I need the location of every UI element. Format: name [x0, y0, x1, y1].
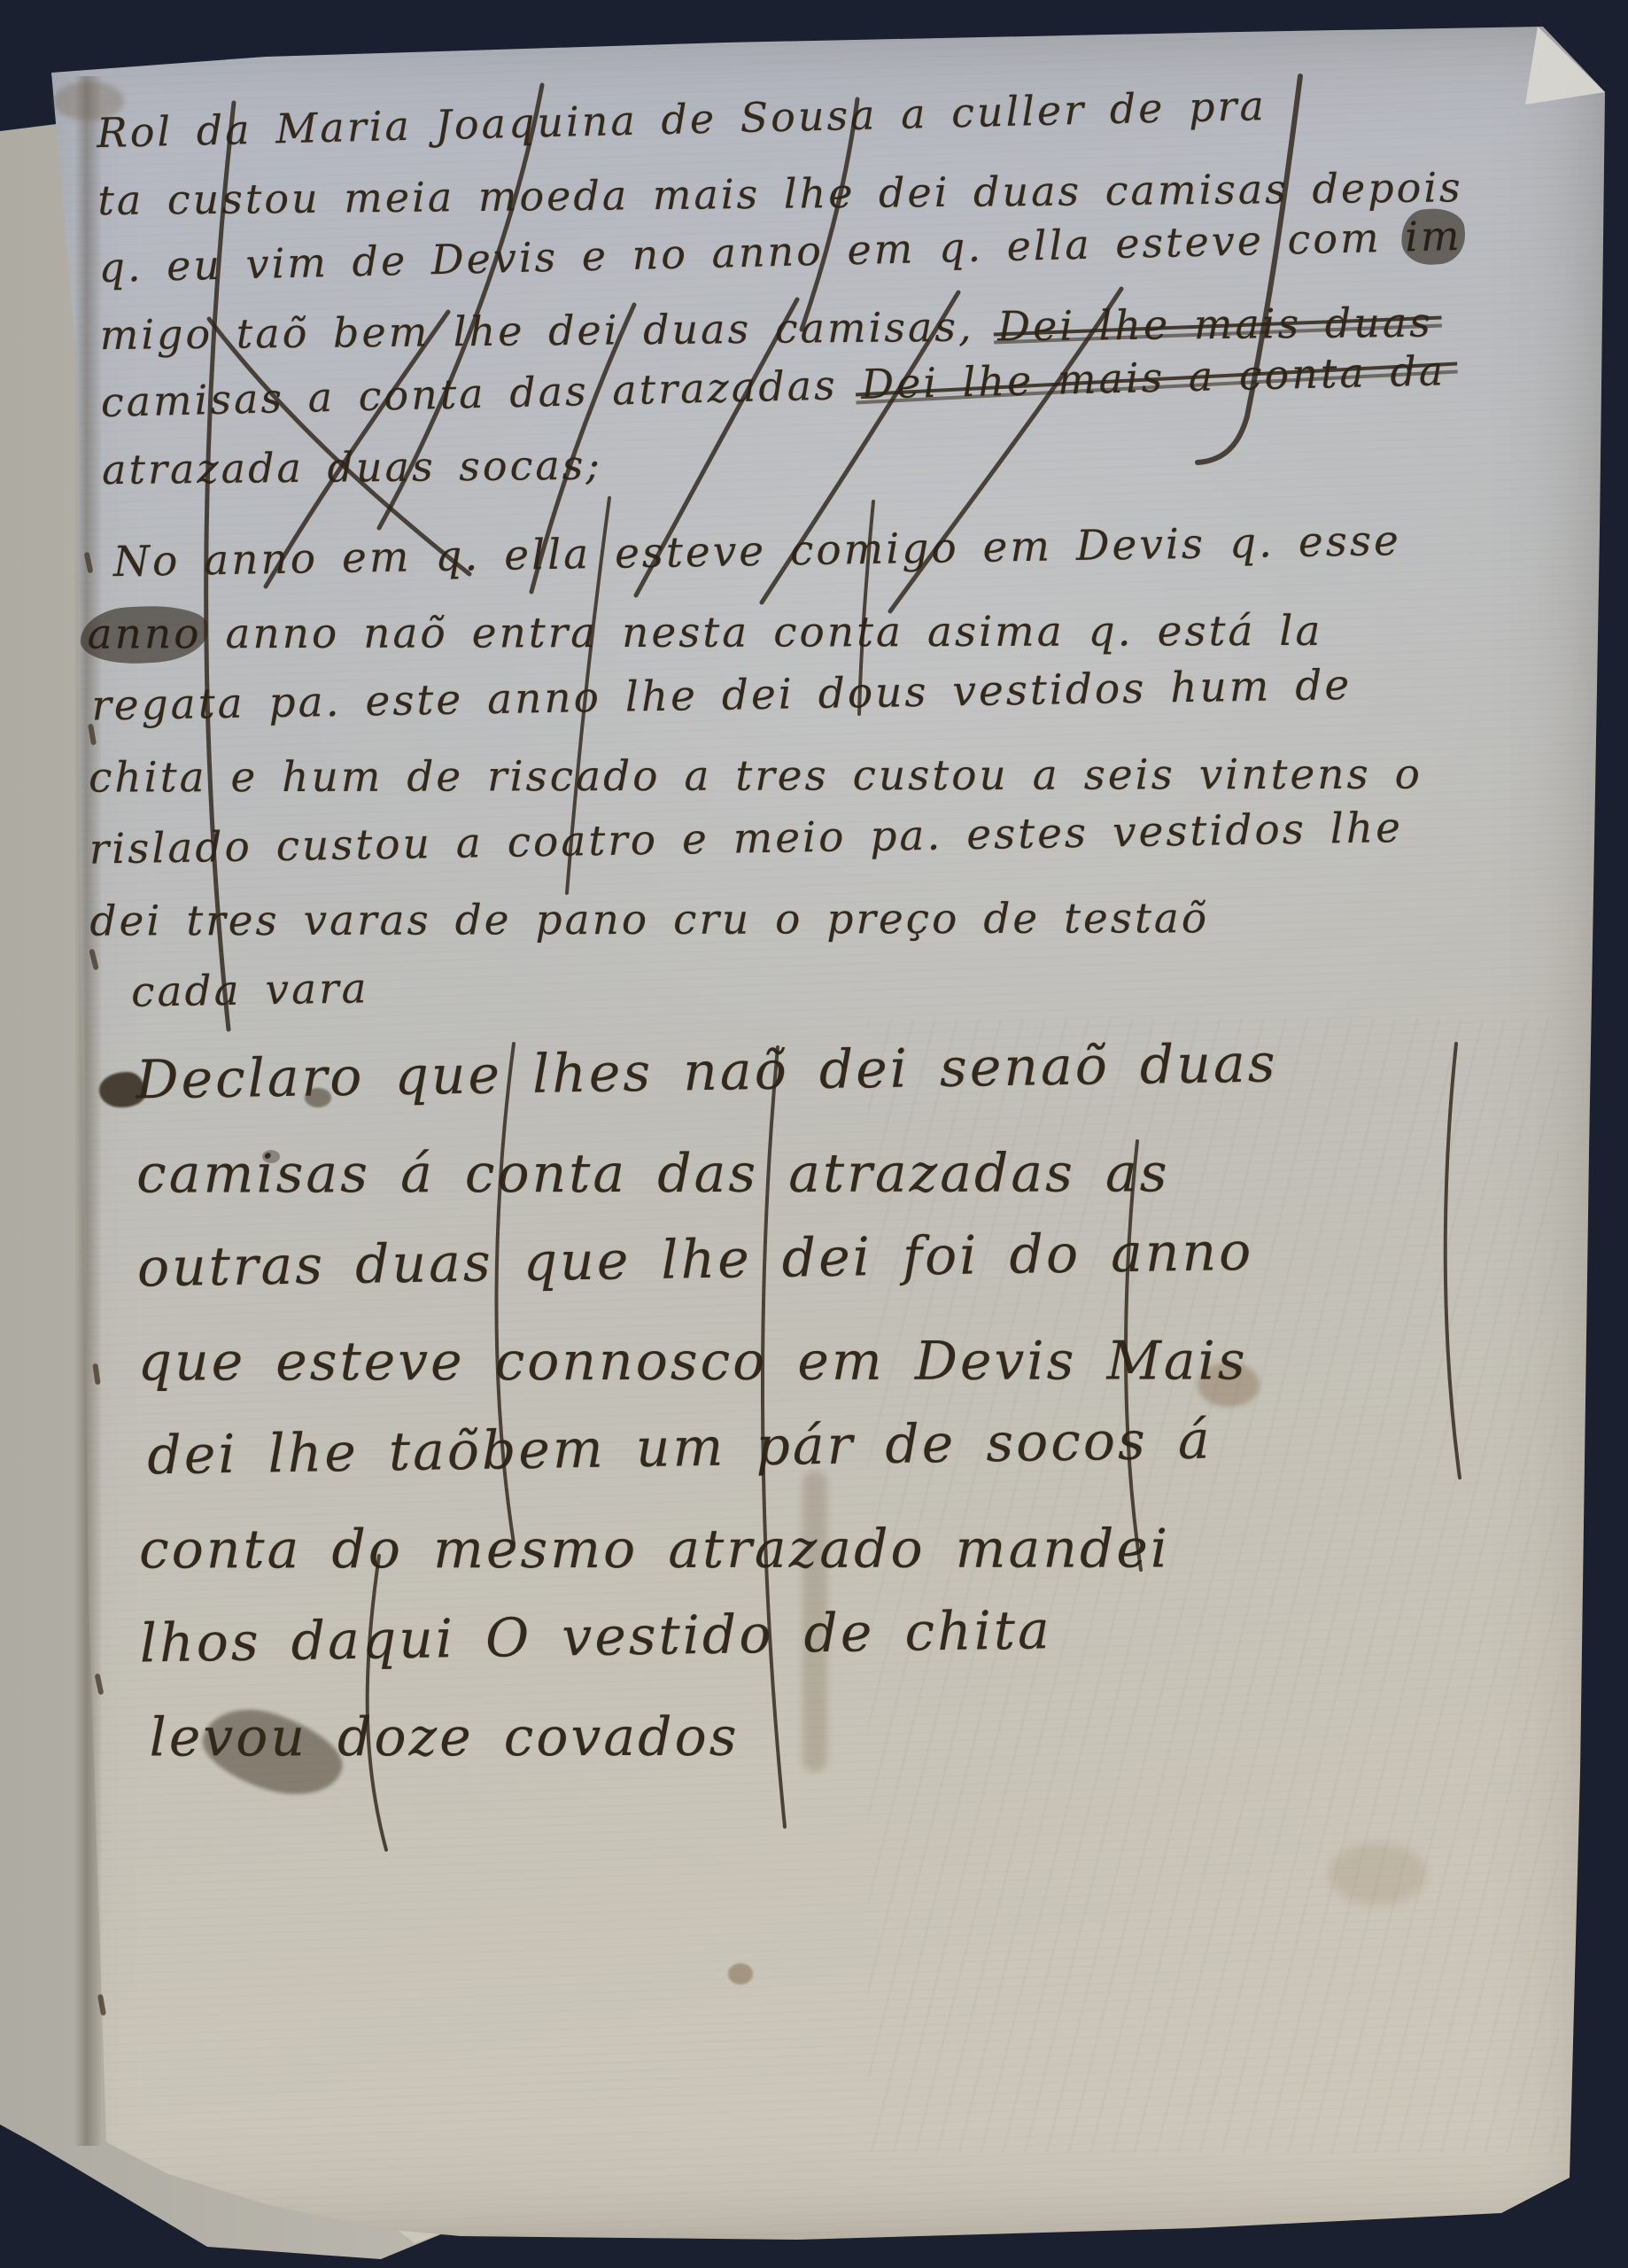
cancellation-stroke [567, 498, 609, 893]
cancellation-stroke [859, 501, 873, 714]
ink-stroke-overlay [0, 0, 1628, 2268]
cancellation-stroke [379, 85, 542, 528]
cancellation-stroke [368, 1556, 386, 1850]
photo-backdrop: Rol da Maria Joaquina de Sousa a culler … [0, 0, 1628, 2268]
cancellation-stroke [531, 305, 634, 592]
cancellation-stroke [1198, 76, 1300, 462]
cancellation-stroke [636, 299, 797, 595]
cancellation-stroke [763, 1047, 785, 1827]
cancellation-stroke [890, 289, 1121, 611]
cancellation-stroke [1126, 1141, 1141, 1570]
cancellation-stroke [206, 103, 234, 1029]
cancellation-stroke [496, 1044, 514, 1543]
cancellation-stroke [1446, 1044, 1460, 1478]
cancellation-stroke [209, 319, 469, 574]
cancellation-stroke [802, 99, 857, 330]
